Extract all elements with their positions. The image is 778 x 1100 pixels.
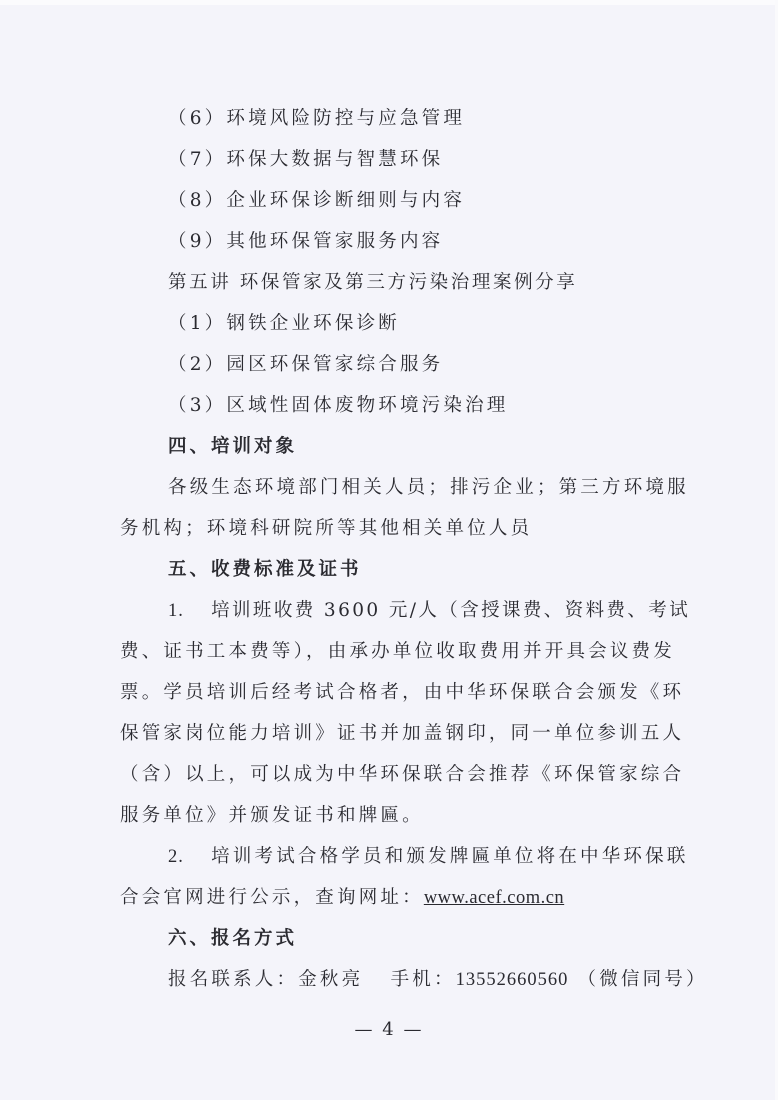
section4-line-2: 务机构；环境科研院所等其他相关单位人员: [120, 517, 532, 541]
section5-item2-line-1: 2. 培训考试合格学员和颁发牌匾单位将在中华环保联: [168, 845, 689, 869]
item2-text-2: 合会官网进行公示，查询网址：: [120, 887, 424, 908]
item1-number: 1.: [168, 601, 184, 621]
lecture5-item-2: （2）园区环保管家综合服务: [168, 353, 443, 377]
lecture4-item-8: （8）企业环保诊断细则与内容: [168, 189, 465, 213]
section5-item1-line-6: 服务单位》并颁发证书和牌匾。: [120, 804, 424, 828]
page-number: — 4 —: [0, 1019, 778, 1040]
section5-heading: 五、收费标准及证书: [168, 558, 362, 582]
item2-text: 培训考试合格学员和颁发牌匾单位将在中华环保联: [211, 846, 688, 867]
phone-number: 13552660560: [456, 970, 569, 990]
section5-item2-line-2: 合会官网进行公示，查询网址：www.acef.com.cn: [120, 886, 564, 910]
document-page: （6）环境风险防控与应急管理 （7）环保大数据与智慧环保 （8）企业环保诊断细则…: [0, 0, 778, 1100]
phone-note: （微信同号）: [578, 969, 708, 990]
item2-number: 2.: [168, 847, 184, 867]
contact-name: 金秋亮: [298, 969, 363, 990]
section4-heading: 四、培训对象: [168, 435, 297, 459]
section5-item1-line-3: 票。学员培训后经考试合格者，由中华环保联合会颁发《环: [120, 681, 684, 705]
section5-item1-line-1: 1. 培训班收费 3600 元/人（含授课费、资料费、考试: [168, 599, 690, 623]
lecture5-item-3: （3）区域性固体废物环境污染治理: [168, 394, 508, 418]
section6-heading: 六、报名方式: [168, 927, 297, 951]
lecture5-item-1: （1）钢铁企业环保诊断: [168, 312, 400, 336]
section5-item1-line-5: （含）以上，可以成为中华环保联合会推荐《环保管家综合: [120, 763, 684, 787]
contact-label: 报名联系人：: [168, 969, 298, 990]
section6-contact-line: 报名联系人：金秋亮 手机：13552660560 （微信同号）: [168, 968, 708, 992]
lecture4-item-9: （9）其他环保管家服务内容: [168, 230, 443, 254]
lecture4-item-7: （7）环保大数据与智慧环保: [168, 148, 443, 172]
lecture4-item-6: （6）环境风险防控与应急管理: [168, 107, 465, 131]
item1-text: 培训班收费 3600 元/人（含授课费、资料费、考试: [211, 600, 690, 621]
section5-item1-line-2: 费、证书工本费等），由承办单位收取费用并开具会议费发: [120, 640, 675, 664]
lecture5-title: 第五讲 环保管家及第三方污染治理案例分享: [168, 271, 577, 295]
acef-website-link[interactable]: www.acef.com.cn: [424, 888, 564, 908]
section5-item1-line-4: 保管家岗位能力培训》证书并加盖钢印，同一单位参训五人: [120, 722, 684, 746]
phone-label: 手机：: [391, 969, 456, 990]
section4-line-1: 各级生态环境部门相关人员；排污企业；第三方环境服: [168, 476, 689, 500]
